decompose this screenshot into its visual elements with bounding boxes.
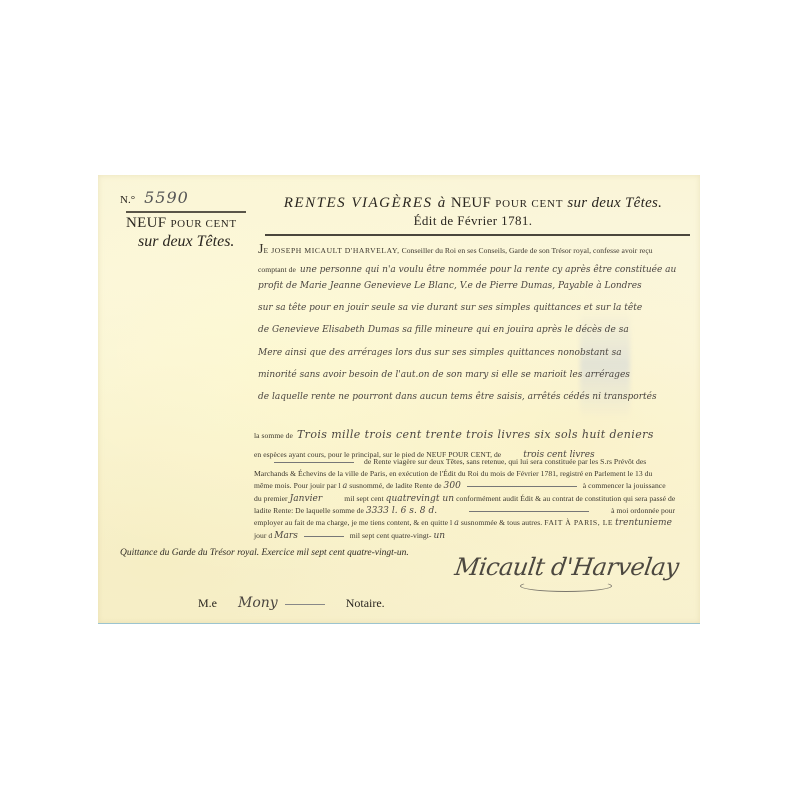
- somme-label: la somme de: [254, 431, 293, 440]
- blank-line: [304, 536, 344, 537]
- month-handwritten: Janvier: [290, 494, 323, 504]
- year-handwritten: quatrevingt un: [386, 494, 454, 504]
- meme-mois-text-a: même mois. Pour jouir par l: [254, 481, 341, 490]
- pour-cent-text: POUR CENT: [170, 218, 236, 230]
- employer-line: employer au fait de ma charge, je me tie…: [254, 518, 672, 528]
- title-sur-deux-tetes: sur deux Têtes.: [567, 195, 662, 211]
- quittance-footer: Quittance du Garde du Trésor royal. Exer…: [120, 548, 409, 558]
- document-title: RENTES VIAGÈRES à NEUF POUR CENT sur deu…: [258, 195, 688, 212]
- employer-text-b: susnommée & tous autres.: [461, 518, 542, 527]
- notaire-name-handwritten: Mony: [238, 595, 278, 611]
- ladite-line: ladite Rente: De laquelle somme de 3333 …: [254, 506, 675, 516]
- signature: Micault d'Harvelay: [453, 553, 680, 581]
- premier-line: du premier Janvier mil sept cent quatrev…: [254, 494, 675, 504]
- employer-text-a: employer au fait de ma charge, je me tie…: [254, 518, 452, 527]
- ladite-text-b: à moi ordonnée pour: [611, 506, 675, 515]
- blank-line: [285, 604, 325, 605]
- rente-text: de Rente viagère sur deux Têtes, sans re…: [364, 457, 646, 466]
- somme-amount-handwritten: Trois mille trois cent trente trois livr…: [297, 428, 654, 441]
- blank-line: [467, 486, 577, 487]
- somme-line: la somme de Trois mille trois cent trent…: [254, 425, 654, 443]
- month-handwritten: Mars: [274, 531, 298, 541]
- fait-a-paris: FAIT à Paris, le: [544, 518, 613, 527]
- notaire-prefix: M.e: [198, 596, 217, 610]
- number-label: N.°: [120, 194, 135, 206]
- meme-mois-text-c: à commencer la jouissance: [583, 481, 666, 490]
- left-heading-sur-deux-tetes: sur deux Têtes.: [138, 233, 234, 251]
- meme-mois-text-b: susnommé, de ladite Rente de: [349, 481, 441, 490]
- premier-text-c: conformément audit Édit & au contrat de …: [456, 494, 675, 503]
- title-neuf: NEUF: [451, 195, 491, 211]
- jour-text-b: mil sept cent quatre-vingt-: [350, 531, 432, 540]
- blank-line: [469, 511, 589, 512]
- amount-figures-handwritten: 3333 l. 6 s. 8 d.: [366, 506, 437, 516]
- blank-line: [274, 462, 354, 463]
- opening-rest: Conseiller du Roi en ses Conseils, Garde…: [402, 246, 653, 255]
- notaire-line: M.e Mony Notaire.: [198, 595, 385, 611]
- jour-text-a: jour d: [254, 531, 272, 540]
- body-opening-line: JE JOSEPH MICAULT D'HARVELAY, Conseiller…: [258, 242, 653, 258]
- handwritten-line: de Genevieve Elisabeth Dumas sa fille mi…: [258, 325, 629, 335]
- rente-line: de Rente viagère sur deux Têtes, sans re…: [254, 457, 646, 466]
- body-comptant-line: comptant de une personne qui n'a voulu ê…: [258, 259, 676, 277]
- handwritten-line: minorité sans avoir besoin de l'aut.on d…: [258, 370, 630, 380]
- left-heading-rate: NEUF POUR CENT: [126, 215, 237, 232]
- document-subtitle: Édit de Février 1781.: [258, 213, 688, 229]
- opening-name: E JOSEPH MICAULT D'HARVELAY,: [264, 246, 400, 255]
- notaire-label: Notaire.: [346, 596, 385, 610]
- handwritten-line: sur sa tête pour en jouir seule sa vie d…: [258, 303, 642, 313]
- rente-value-handwritten: 300: [444, 481, 461, 491]
- premier-text-b: mil sept cent: [344, 494, 383, 503]
- marchands-line: Marchands & Échevins de la ville de Pari…: [254, 469, 652, 478]
- handwritten-line: profit de Marie Jeanne Genevieve Le Blan…: [258, 281, 642, 291]
- title-pour-cent: POUR CENT: [495, 198, 563, 210]
- handwritten-line: une personne qui n'a voulu être nommée p…: [300, 265, 676, 275]
- neuf-text: NEUF: [126, 215, 166, 231]
- signature-flourish: [520, 580, 612, 592]
- certificate-number: N.° 5590: [120, 188, 250, 207]
- comptant-label: comptant de: [258, 265, 296, 274]
- title-rentes-viageres: RENTES VIAGÈRES à: [284, 195, 447, 211]
- handwritten-line: de laquelle rente ne pourront dans aucun…: [258, 392, 657, 402]
- year-suffix-handwritten: un: [433, 531, 445, 541]
- meme-mois-line: même mois. Pour jouir par l a susnommé, …: [254, 481, 666, 491]
- handwritten-line: Mere ainsi que des arrérages lors dus su…: [258, 348, 622, 358]
- ladite-text-a: ladite Rente: De laquelle somme de: [254, 506, 364, 515]
- number-value: 5590: [144, 188, 189, 207]
- title-rule-divider: [265, 234, 690, 236]
- jour-line: jour d Mars mil sept cent quatre-vingt- …: [254, 531, 445, 541]
- left-rule-divider: [126, 211, 246, 213]
- premier-text-a: du premier: [254, 494, 288, 503]
- day-handwritten: trentunieme: [615, 518, 672, 528]
